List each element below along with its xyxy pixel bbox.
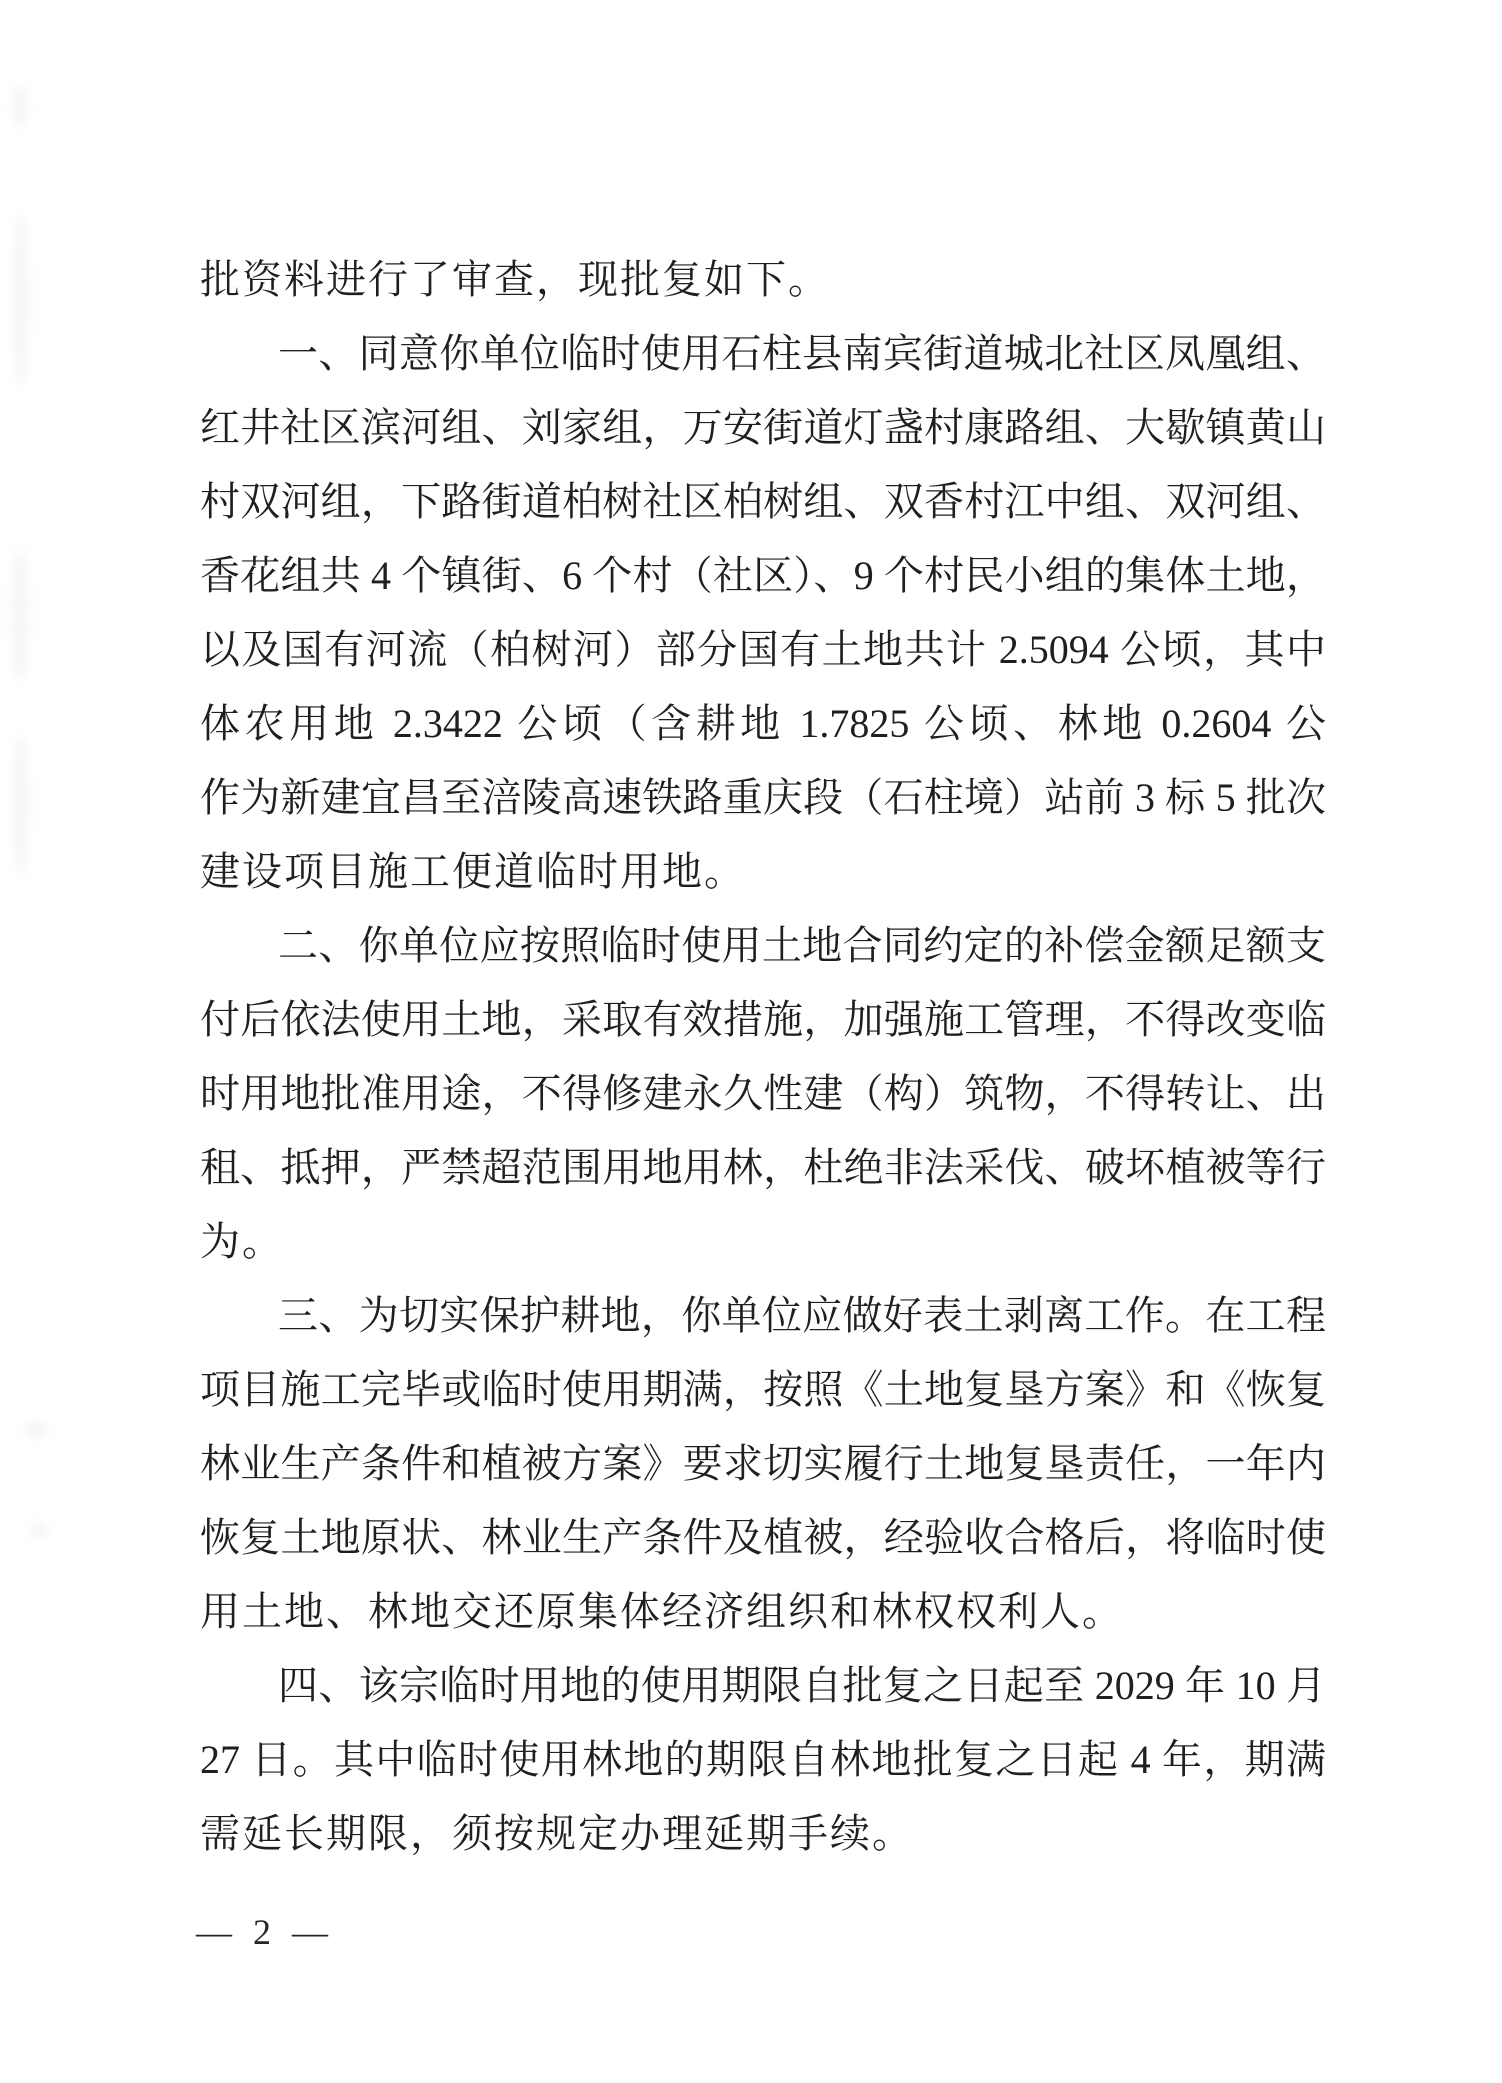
body-line: 村双河组，下路街道柏树社区柏树组、双香村江中组、双河组、 bbox=[200, 465, 1326, 539]
body-line: 建设项目施工便道临时用地。 bbox=[200, 835, 1326, 909]
body-line: 付后依法使用土地，采取有效措施，加强施工管理，不得改变临 bbox=[200, 983, 1326, 1057]
body-line: 体农用地 2.3422 公顷（含耕地 1.7825 公顷、林地 0.2604 公… bbox=[200, 687, 1326, 761]
body-line: 作为新建宜昌至涪陵高速铁路重庆段（石柱境）站前 3 标 5 批次 bbox=[200, 761, 1326, 835]
body-line: 租、抵押，严禁超范围用地用林，杜绝非法采伐、破坏植被等行 bbox=[200, 1131, 1326, 1205]
scan-artifact bbox=[25, 1420, 47, 1438]
body-line: 时用地批准用途，不得修建永久性建（构）筑物，不得转让、出 bbox=[200, 1057, 1326, 1131]
document-body: 批资料进行了审查，现批复如下。 一、同意你单位临时使用石柱县南宾街道城北社区凤凰… bbox=[200, 243, 1326, 1871]
body-line: 用土地、林地交还原集体经济组织和林权权利人。 bbox=[200, 1575, 1326, 1649]
body-line: 红井社区滨河组、刘家组，万安街道灯盏村康路组、大歇镇黄山 bbox=[200, 391, 1326, 465]
scan-artifact bbox=[12, 85, 28, 127]
scan-artifact bbox=[12, 550, 28, 680]
page-number: — 2 — bbox=[196, 1912, 332, 1952]
body-line: 一、同意你单位临时使用石柱县南宾街道城北社区凤凰组、 bbox=[200, 317, 1326, 391]
document-page: 批资料进行了审查，现批复如下。 一、同意你单位临时使用石柱县南宾街道城北社区凤凰… bbox=[0, 0, 1502, 2083]
body-line: 恢复土地原状、林业生产条件及植被，经验收合格后，将临时使 bbox=[200, 1501, 1326, 1575]
scan-artifact bbox=[14, 215, 28, 385]
body-line: 批资料进行了审查，现批复如下。 bbox=[200, 243, 1326, 317]
body-line: 以及国有河流（柏树河）部分国有土地共计 2.5094 公顷，其中集 bbox=[200, 613, 1326, 687]
body-line: 项目施工完毕或临时使用期满，按照《土地复垦方案》和《恢复 bbox=[200, 1353, 1326, 1427]
body-line: 四、该宗临时用地的使用期限自批复之日起至 2029 年 10 月 bbox=[200, 1649, 1326, 1723]
body-line: 需延长期限，须按规定办理延期手续。 bbox=[200, 1797, 1326, 1871]
body-line: 为。 bbox=[200, 1205, 1326, 1279]
body-line: 二、你单位应按照临时使用土地合同约定的补偿金额足额支 bbox=[200, 909, 1326, 983]
body-line: 三、为切实保护耕地，你单位应做好表土剥离工作。在工程 bbox=[200, 1279, 1326, 1353]
scan-artifact bbox=[14, 735, 28, 875]
body-line: 香花组共 4 个镇街、6 个村（社区）、9 个村民小组的集体土地， bbox=[200, 539, 1326, 613]
body-line: 林业生产条件和植被方案》要求切实履行土地复垦责任，一年内 bbox=[200, 1427, 1326, 1501]
scan-artifact bbox=[30, 1523, 48, 1537]
body-line: 27 日。其中临时使用林地的期限自林地批复之日起 4 年，期满确 bbox=[200, 1723, 1326, 1797]
